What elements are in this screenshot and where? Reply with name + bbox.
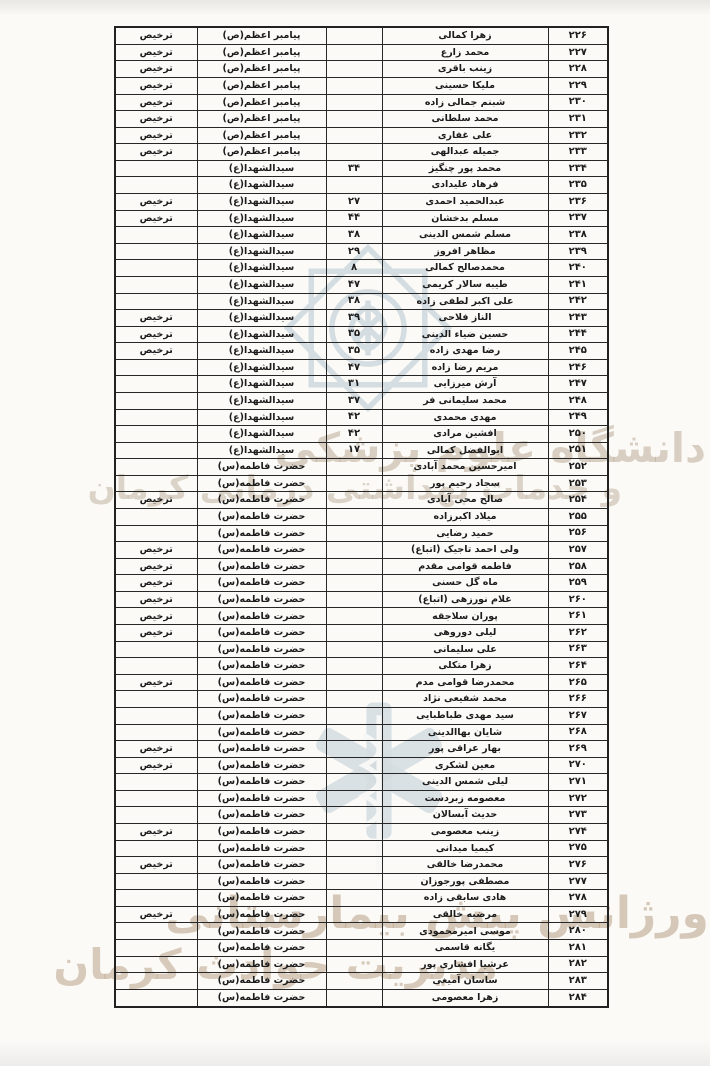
patient-name-cell: زهرا متکلی — [382, 658, 548, 675]
row-number-cell: ۲۳۸ — [548, 227, 608, 244]
ward-cell: پیامبر اعظم(ص) — [197, 61, 326, 78]
status-cell: ترخیص — [115, 326, 197, 343]
patient-name-cell: زهرا کمالی — [382, 27, 548, 44]
status-cell: ترخیص — [115, 210, 197, 227]
ward-cell: سیدالشهدا(ع) — [197, 210, 326, 227]
number-cell — [326, 973, 382, 990]
row-number-cell: ۲۷۰ — [548, 757, 608, 774]
ward-cell: سیدالشهدا(ع) — [197, 243, 326, 260]
number-cell: ۳۹ — [326, 310, 382, 327]
status-cell — [115, 724, 197, 741]
row-number-cell: ۲۵۲ — [548, 459, 608, 476]
ward-cell: سیدالشهدا(ع) — [197, 409, 326, 426]
row-number-cell: ۲۵۸ — [548, 558, 608, 575]
patient-name-cell: معین لشکری — [382, 757, 548, 774]
table-row: ۲۵۹ماه گل حسنیحضرت فاطمه(س)ترخیص — [115, 575, 608, 592]
table-row: ۲۶۳علی سلیمانیحضرت فاطمه(س) — [115, 641, 608, 658]
ward-cell: حضرت فاطمه(س) — [197, 608, 326, 625]
patient-name-cell: کیمیا میدانی — [382, 840, 548, 857]
number-cell: ۴۲ — [326, 409, 382, 426]
ward-cell: سیدالشهدا(ع) — [197, 343, 326, 360]
table-row: ۲۶۹بهار عراقی پورحضرت فاطمه(س)ترخیص — [115, 741, 608, 758]
table-row: ۲۴۴حسین ضیاء الدینی۳۵سیدالشهدا(ع)ترخیص — [115, 326, 608, 343]
ward-cell: حضرت فاطمه(س) — [197, 558, 326, 575]
patient-name-cell: ابوالفضل کمالی — [382, 442, 548, 459]
table-row: ۲۶۷سید مهدی طباطباییحضرت فاطمه(س) — [115, 707, 608, 724]
table-row: ۲۴۱طیبه سالار کریمی۴۷سیدالشهدا(ع) — [115, 276, 608, 293]
table-row: ۲۴۰محمدصالح کمالی۸سیدالشهدا(ع) — [115, 260, 608, 277]
row-number-cell: ۲۵۳ — [548, 475, 608, 492]
number-cell — [326, 575, 382, 592]
row-number-cell: ۲۴۲ — [548, 293, 608, 310]
number-cell — [326, 625, 382, 642]
number-cell — [326, 658, 382, 675]
ward-cell: حضرت فاطمه(س) — [197, 973, 326, 990]
number-cell: ۳۸ — [326, 227, 382, 244]
table-row: ۲۳۳جمیله عبدالهیپیامبر اعظم(ص)ترخیص — [115, 144, 608, 161]
ward-cell: حضرت فاطمه(س) — [197, 840, 326, 857]
number-cell — [326, 940, 382, 957]
patient-name-cell: لیلی دوروهی — [382, 625, 548, 642]
number-cell — [326, 591, 382, 608]
ward-cell: پیامبر اعظم(ص) — [197, 44, 326, 61]
status-cell — [115, 641, 197, 658]
status-cell: ترخیص — [115, 741, 197, 758]
ward-cell: پیامبر اعظم(ص) — [197, 77, 326, 94]
row-number-cell: ۲۴۴ — [548, 326, 608, 343]
status-cell: ترخیص — [115, 61, 197, 78]
row-number-cell: ۲۳۹ — [548, 243, 608, 260]
row-number-cell: ۲۶۸ — [548, 724, 608, 741]
patient-name-cell: یگانه قاسمی — [382, 940, 548, 957]
number-cell — [326, 691, 382, 708]
patient-name-cell: طیبه سالار کریمی — [382, 276, 548, 293]
number-cell: ۴۲ — [326, 426, 382, 443]
patient-name-cell: میلاد اکبرزاده — [382, 509, 548, 526]
number-cell — [326, 177, 382, 194]
status-cell: ترخیص — [115, 824, 197, 841]
status-cell: ترخیص — [115, 94, 197, 111]
table-row: ۲۲۶زهرا کمالیپیامبر اعظم(ص)ترخیص — [115, 27, 608, 44]
number-cell — [326, 641, 382, 658]
status-cell — [115, 840, 197, 857]
row-number-cell: ۲۷۵ — [548, 840, 608, 857]
status-cell: ترخیص — [115, 310, 197, 327]
ward-cell: پیامبر اعظم(ص) — [197, 27, 326, 44]
row-number-cell: ۲۴۱ — [548, 276, 608, 293]
row-number-cell: ۲۴۶ — [548, 359, 608, 376]
ward-cell: حضرت فاطمه(س) — [197, 542, 326, 559]
patient-name-cell: بهار عراقی پور — [382, 741, 548, 758]
ward-cell: حضرت فاطمه(س) — [197, 989, 326, 1007]
table-row: ۲۴۵رضا مهدی زاده۳۵سیدالشهدا(ع)ترخیص — [115, 343, 608, 360]
status-cell — [115, 923, 197, 940]
ward-cell: سیدالشهدا(ع) — [197, 276, 326, 293]
row-number-cell: ۲۲۷ — [548, 44, 608, 61]
status-cell — [115, 973, 197, 990]
number-cell — [326, 459, 382, 476]
patient-name-cell: مریم رضا زاده — [382, 359, 548, 376]
table-row: ۲۳۷مسلم بدخشان۴۴سیدالشهدا(ع)ترخیص — [115, 210, 608, 227]
patient-name-cell: شایان بهاالدینی — [382, 724, 548, 741]
patient-name-cell: فرهاد علیدادی — [382, 177, 548, 194]
number-cell — [326, 127, 382, 144]
row-number-cell: ۲۵۹ — [548, 575, 608, 592]
status-cell: ترخیص — [115, 591, 197, 608]
patient-name-cell: فاطمه قوامی مقدم — [382, 558, 548, 575]
status-cell — [115, 160, 197, 177]
patient-name-cell: محمد زارع — [382, 44, 548, 61]
patient-name-cell: افشین مرادی — [382, 426, 548, 443]
ward-cell: سیدالشهدا(ع) — [197, 392, 326, 409]
patient-name-cell: محمد پور چنگیز — [382, 160, 548, 177]
table-row: ۲۴۶مریم رضا زاده۴۷سیدالشهدا(ع) — [115, 359, 608, 376]
table-row: ۲۵۴صالح محی آبادیحضرت فاطمه(س)ترخیص — [115, 492, 608, 509]
patient-name-cell: حمید رضایی — [382, 525, 548, 542]
number-cell — [326, 525, 382, 542]
patient-table-body: ۲۲۶زهرا کمالیپیامبر اعظم(ص)ترخیص۲۲۷محمد … — [115, 27, 608, 1007]
row-number-cell: ۲۷۹ — [548, 906, 608, 923]
status-cell — [115, 509, 197, 526]
row-number-cell: ۲۷۴ — [548, 824, 608, 841]
ward-cell: حضرت فاطمه(س) — [197, 509, 326, 526]
patient-name-cell: الناز فلاحی — [382, 310, 548, 327]
patient-name-cell: محمد سلیمانی فر — [382, 392, 548, 409]
number-cell — [326, 741, 382, 758]
status-cell — [115, 392, 197, 409]
patient-name-cell: علی غفاری — [382, 127, 548, 144]
row-number-cell: ۲۴۳ — [548, 310, 608, 327]
number-cell — [326, 906, 382, 923]
table-row: ۲۳۱محمد سلطانیپیامبر اعظم(ص)ترخیص — [115, 111, 608, 128]
row-number-cell: ۲۴۸ — [548, 392, 608, 409]
ward-cell: سیدالشهدا(ع) — [197, 442, 326, 459]
patient-name-cell: حسین ضیاء الدینی — [382, 326, 548, 343]
patient-name-cell: پوران سلاجقه — [382, 608, 548, 625]
ward-cell: حضرت فاطمه(س) — [197, 940, 326, 957]
table-row: ۲۶۵محمدرضا قوامی مدمحضرت فاطمه(س)ترخیص — [115, 674, 608, 691]
table-row: ۲۵۵میلاد اکبرزادهحضرت فاطمه(س) — [115, 509, 608, 526]
ward-cell: حضرت فاطمه(س) — [197, 459, 326, 476]
status-cell — [115, 293, 197, 310]
status-cell: ترخیص — [115, 127, 197, 144]
ward-cell: حضرت فاطمه(س) — [197, 890, 326, 907]
table-row: ۲۸۴زهرا معصومیحضرت فاطمه(س) — [115, 989, 608, 1007]
scanned-document-page: دانشگاه علوم پزشکی و خدمات بهداشتی درمان… — [0, 0, 710, 1066]
ward-cell: حضرت فاطمه(س) — [197, 790, 326, 807]
patient-name-cell: محمد سلطانی — [382, 111, 548, 128]
row-number-cell: ۲۴۵ — [548, 343, 608, 360]
row-number-cell: ۲۶۹ — [548, 741, 608, 758]
number-cell — [326, 857, 382, 874]
number-cell — [326, 61, 382, 78]
status-cell — [115, 227, 197, 244]
status-cell — [115, 359, 197, 376]
number-cell: ۱۷ — [326, 442, 382, 459]
status-cell: ترخیص — [115, 343, 197, 360]
ward-cell: حضرت فاطمه(س) — [197, 857, 326, 874]
number-cell — [326, 707, 382, 724]
ward-cell: سیدالشهدا(ع) — [197, 260, 326, 277]
ward-cell: حضرت فاطمه(س) — [197, 674, 326, 691]
status-cell — [115, 989, 197, 1007]
status-cell: ترخیص — [115, 542, 197, 559]
table-row: ۲۴۸محمد سلیمانی فر۳۷سیدالشهدا(ع) — [115, 392, 608, 409]
row-number-cell: ۲۳۳ — [548, 144, 608, 161]
number-cell — [326, 27, 382, 44]
ward-cell: سیدالشهدا(ع) — [197, 359, 326, 376]
number-cell: ۳۵ — [326, 343, 382, 360]
number-cell: ۲۷ — [326, 194, 382, 211]
row-number-cell: ۲۶۶ — [548, 691, 608, 708]
status-cell: ترخیص — [115, 492, 197, 509]
status-cell: ترخیص — [115, 608, 197, 625]
number-cell — [326, 873, 382, 890]
status-cell — [115, 691, 197, 708]
number-cell — [326, 774, 382, 791]
row-number-cell: ۲۸۱ — [548, 940, 608, 957]
row-number-cell: ۲۶۵ — [548, 674, 608, 691]
ward-cell: سیدالشهدا(ع) — [197, 326, 326, 343]
patient-name-cell: محمد شفیعی نژاد — [382, 691, 548, 708]
row-number-cell: ۲۳۲ — [548, 127, 608, 144]
patient-name-cell: آرش میرزایی — [382, 376, 548, 393]
row-number-cell: ۲۵۱ — [548, 442, 608, 459]
row-number-cell: ۲۴۷ — [548, 376, 608, 393]
table-row: ۲۵۷ولی احمد تاجیک (اتباع)حضرت فاطمه(س)تر… — [115, 542, 608, 559]
row-number-cell: ۲۷۳ — [548, 807, 608, 824]
row-number-cell: ۲۳۱ — [548, 111, 608, 128]
patient-name-cell: حدیث آبسالان — [382, 807, 548, 824]
table-row: ۲۶۶محمد شفیعی نژادحضرت فاطمه(س) — [115, 691, 608, 708]
patient-table-grid: ۲۲۶زهرا کمالیپیامبر اعظم(ص)ترخیص۲۲۷محمد … — [114, 26, 609, 1008]
number-cell: ۳۸ — [326, 293, 382, 310]
number-cell: ۴۷ — [326, 276, 382, 293]
ward-cell: سیدالشهدا(ع) — [197, 177, 326, 194]
table-row: ۲۸۳ساسان آمیغیحضرت فاطمه(س) — [115, 973, 608, 990]
status-cell — [115, 243, 197, 260]
number-cell — [326, 111, 382, 128]
status-cell — [115, 956, 197, 973]
patient-name-cell: زینب باقری — [382, 61, 548, 78]
status-cell — [115, 260, 197, 277]
table-row: ۲۳۲علی غفاریپیامبر اعظم(ص)ترخیص — [115, 127, 608, 144]
status-cell — [115, 475, 197, 492]
row-number-cell: ۲۷۲ — [548, 790, 608, 807]
table-row: ۲۵۸فاطمه قوامی مقدمحضرت فاطمه(س)ترخیص — [115, 558, 608, 575]
table-row: ۲۴۲علی اکبر لطفی زاده۳۸سیدالشهدا(ع) — [115, 293, 608, 310]
number-cell — [326, 509, 382, 526]
patient-name-cell: مهدی محمدی — [382, 409, 548, 426]
table-row: ۲۳۶عبدالحمید احمدی۲۷سیدالشهدا(ع)ترخیص — [115, 194, 608, 211]
table-row: ۲۷۲معصومه زبردستحضرت فاطمه(س) — [115, 790, 608, 807]
status-cell — [115, 426, 197, 443]
table-row: ۲۵۱ابوالفضل کمالی۱۷سیدالشهدا(ع) — [115, 442, 608, 459]
patient-name-cell: محمدرضا قوامی مدم — [382, 674, 548, 691]
number-cell: ۳۵ — [326, 326, 382, 343]
table-row: ۲۷۸هادی سابقی زادهحضرت فاطمه(س) — [115, 890, 608, 907]
row-number-cell: ۲۷۷ — [548, 873, 608, 890]
ward-cell: سیدالشهدا(ع) — [197, 160, 326, 177]
table-row: ۲۳۸مسلم شمس الدینی۳۸سیدالشهدا(ع) — [115, 227, 608, 244]
patient-name-cell: ساسان آمیغی — [382, 973, 548, 990]
status-cell — [115, 873, 197, 890]
row-number-cell: ۲۸۰ — [548, 923, 608, 940]
row-number-cell: ۲۶۲ — [548, 625, 608, 642]
patient-table: ۲۲۶زهرا کمالیپیامبر اعظم(ص)ترخیص۲۲۷محمد … — [116, 26, 609, 1008]
ward-cell: حضرت فاطمه(س) — [197, 658, 326, 675]
row-number-cell: ۲۵۷ — [548, 542, 608, 559]
row-number-cell: ۲۸۲ — [548, 956, 608, 973]
ward-cell: سیدالشهدا(ع) — [197, 376, 326, 393]
row-number-cell: ۲۶۱ — [548, 608, 608, 625]
status-cell: ترخیص — [115, 558, 197, 575]
table-row: ۲۳۵فرهاد علیدادیسیدالشهدا(ع) — [115, 177, 608, 194]
ward-cell: حضرت فاطمه(س) — [197, 807, 326, 824]
row-number-cell: ۲۵۶ — [548, 525, 608, 542]
table-row: ۲۵۰افشین مرادی۴۲سیدالشهدا(ع) — [115, 426, 608, 443]
row-number-cell: ۲۲۶ — [548, 27, 608, 44]
ward-cell: حضرت فاطمه(س) — [197, 741, 326, 758]
patient-name-cell: زینب معصومی — [382, 824, 548, 841]
patient-name-cell: مسلم شمس الدینی — [382, 227, 548, 244]
number-cell: ۸ — [326, 260, 382, 277]
patient-name-cell: ماه گل حسنی — [382, 575, 548, 592]
table-row: ۲۵۶حمید رضاییحضرت فاطمه(س) — [115, 525, 608, 542]
table-row: ۲۷۶محمدرضا خالقیحضرت فاطمه(س)ترخیص — [115, 857, 608, 874]
patient-name-cell: محمدصالح کمالی — [382, 260, 548, 277]
row-number-cell: ۲۳۰ — [548, 94, 608, 111]
status-cell: ترخیص — [115, 27, 197, 44]
number-cell — [326, 77, 382, 94]
number-cell: ۳۱ — [326, 376, 382, 393]
status-cell — [115, 376, 197, 393]
row-number-cell: ۲۴۰ — [548, 260, 608, 277]
number-cell — [326, 757, 382, 774]
row-number-cell: ۲۲۸ — [548, 61, 608, 78]
patient-name-cell: محمدرضا خالقی — [382, 857, 548, 874]
number-cell — [326, 923, 382, 940]
table-row: ۲۷۰معین لشکریحضرت فاطمه(س)ترخیص — [115, 757, 608, 774]
row-number-cell: ۲۴۹ — [548, 409, 608, 426]
number-cell — [326, 824, 382, 841]
table-row: ۲۷۹مرضیه خالقیحضرت فاطمه(س)ترخیص — [115, 906, 608, 923]
patient-name-cell: سید مهدی طباطبایی — [382, 707, 548, 724]
table-row: ۲۸۱یگانه قاسمیحضرت فاطمه(س) — [115, 940, 608, 957]
table-row: ۲۲۸زینب باقریپیامبر اعظم(ص)ترخیص — [115, 61, 608, 78]
number-cell — [326, 840, 382, 857]
table-row: ۲۲۷محمد زارعپیامبر اعظم(ص)ترخیص — [115, 44, 608, 61]
ward-cell: حضرت فاطمه(س) — [197, 757, 326, 774]
row-number-cell: ۲۶۰ — [548, 591, 608, 608]
table-row: ۲۷۵کیمیا میدانیحضرت فاطمه(س) — [115, 840, 608, 857]
row-number-cell: ۲۷۱ — [548, 774, 608, 791]
table-row: ۲۲۹ملیکا حسینیپیامبر اعظم(ص)ترخیص — [115, 77, 608, 94]
patient-name-cell: رضا مهدی زاده — [382, 343, 548, 360]
patient-name-cell: سجاد رحیم پور — [382, 475, 548, 492]
patient-name-cell: زهرا معصومی — [382, 989, 548, 1007]
row-number-cell: ۲۲۹ — [548, 77, 608, 94]
patient-name-cell: مرضیه خالقی — [382, 906, 548, 923]
table-row: ۲۳۹مظاهر افروز۲۹سیدالشهدا(ع) — [115, 243, 608, 260]
status-cell — [115, 442, 197, 459]
table-row: ۲۶۲لیلی دوروهیحضرت فاطمه(س)ترخیص — [115, 625, 608, 642]
patient-name-cell: جمیله عبدالهی — [382, 144, 548, 161]
ward-cell: سیدالشهدا(ع) — [197, 194, 326, 211]
number-cell — [326, 890, 382, 907]
patient-name-cell: علی اکبر لطفی زاده — [382, 293, 548, 310]
number-cell: ۴۴ — [326, 210, 382, 227]
row-number-cell: ۲۳۶ — [548, 194, 608, 211]
number-cell — [326, 542, 382, 559]
row-number-cell: ۲۵۵ — [548, 509, 608, 526]
number-cell — [326, 475, 382, 492]
row-number-cell: ۲۷۶ — [548, 857, 608, 874]
ward-cell: سیدالشهدا(ع) — [197, 227, 326, 244]
number-cell: ۳۷ — [326, 392, 382, 409]
table-row: ۲۷۷مصطفی پورجوزانحضرت فاطمه(س) — [115, 873, 608, 890]
ward-cell: حضرت فاطمه(س) — [197, 575, 326, 592]
row-number-cell: ۲۳۵ — [548, 177, 608, 194]
table-row: ۲۷۱لیلی شمس الدینیحضرت فاطمه(س) — [115, 774, 608, 791]
row-number-cell: ۲۷۸ — [548, 890, 608, 907]
patient-name-cell: ولی احمد تاجیک (اتباع) — [382, 542, 548, 559]
status-cell: ترخیص — [115, 674, 197, 691]
status-cell — [115, 276, 197, 293]
status-cell: ترخیص — [115, 575, 197, 592]
number-cell — [326, 956, 382, 973]
patient-name-cell: صالح محی آبادی — [382, 492, 548, 509]
number-cell — [326, 807, 382, 824]
table-row: ۲۶۱پوران سلاجقهحضرت فاطمه(س)ترخیص — [115, 608, 608, 625]
ward-cell: حضرت فاطمه(س) — [197, 956, 326, 973]
patient-name-cell: مظاهر افروز — [382, 243, 548, 260]
status-cell: ترخیص — [115, 757, 197, 774]
table-row: ۲۵۲امیرحسین محمد آبادیحضرت فاطمه(س) — [115, 459, 608, 476]
table-row: ۲۷۳حدیث آبسالانحضرت فاطمه(س) — [115, 807, 608, 824]
status-cell: ترخیص — [115, 857, 197, 874]
status-cell: ترخیص — [115, 144, 197, 161]
status-cell — [115, 890, 197, 907]
ward-cell: سیدالشهدا(ع) — [197, 310, 326, 327]
status-cell — [115, 774, 197, 791]
ward-cell: حضرت فاطمه(س) — [197, 492, 326, 509]
number-cell — [326, 724, 382, 741]
ward-cell: پیامبر اعظم(ص) — [197, 144, 326, 161]
row-number-cell: ۲۶۴ — [548, 658, 608, 675]
number-cell — [326, 94, 382, 111]
ward-cell: پیامبر اعظم(ص) — [197, 94, 326, 111]
ward-cell: حضرت فاطمه(س) — [197, 641, 326, 658]
table-row: ۲۳۴محمد پور چنگیز۳۴سیدالشهدا(ع) — [115, 160, 608, 177]
number-cell — [326, 44, 382, 61]
patient-name-cell: عبدالحمید احمدی — [382, 194, 548, 211]
patient-name-cell: معصومه زبردست — [382, 790, 548, 807]
number-cell: ۴۷ — [326, 359, 382, 376]
patient-name-cell: هادی سابقی زاده — [382, 890, 548, 907]
row-number-cell: ۲۵۰ — [548, 426, 608, 443]
patient-name-cell: لیلی شمس الدینی — [382, 774, 548, 791]
ward-cell: حضرت فاطمه(س) — [197, 525, 326, 542]
number-cell — [326, 989, 382, 1007]
patient-name-cell: مصطفی پورجوزان — [382, 873, 548, 890]
row-number-cell: ۲۶۷ — [548, 707, 608, 724]
status-cell — [115, 525, 197, 542]
ward-cell: حضرت فاطمه(س) — [197, 591, 326, 608]
patient-name-cell: عرشیا افشاری پور — [382, 956, 548, 973]
table-row: ۲۷۴زینب معصومیحضرت فاطمه(س)ترخیص — [115, 824, 608, 841]
ward-cell: حضرت فاطمه(س) — [197, 824, 326, 841]
